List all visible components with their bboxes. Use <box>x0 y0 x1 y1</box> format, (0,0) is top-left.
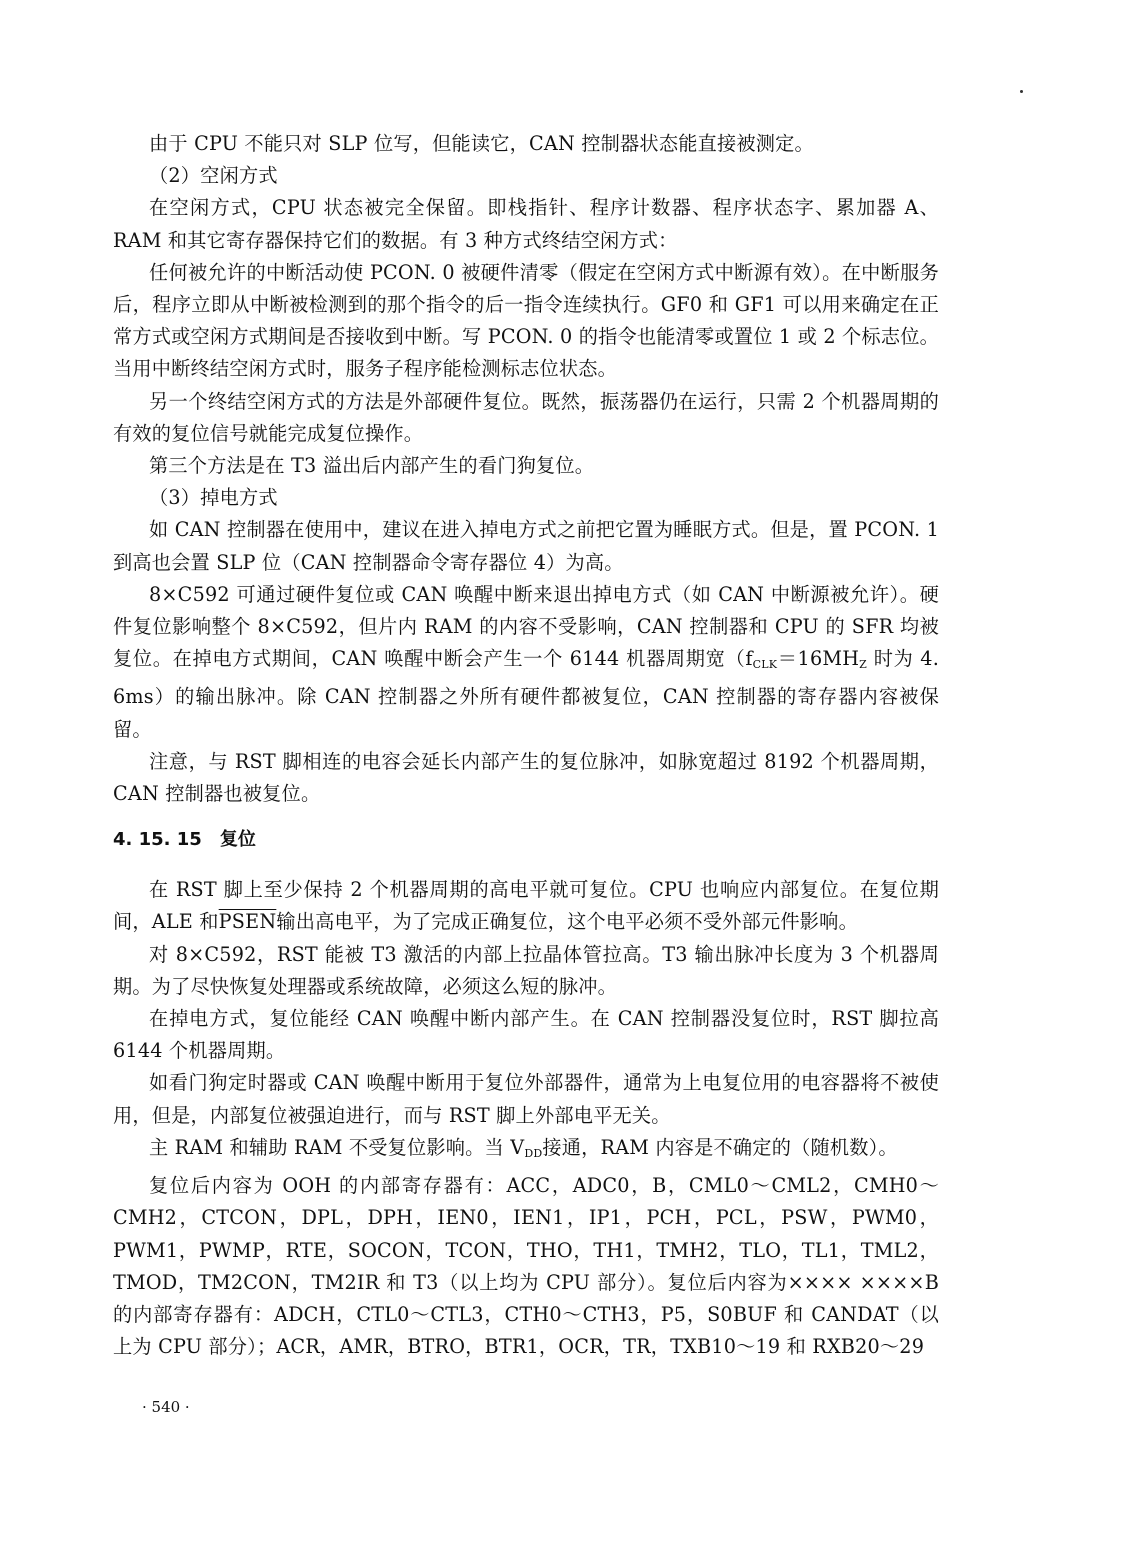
section-heading: 4. 15. 15复位 <box>113 824 939 856</box>
page-number: · 540 · <box>142 1398 190 1416</box>
scan-speck <box>1020 90 1023 93</box>
text-segment: ＝16MH <box>777 647 859 670</box>
paragraph-hardware-reset-exit: 另一个终结空闲方式的方法是外部硬件复位。既然，振荡器仍在运行，只需 2 个机器周… <box>113 386 939 450</box>
subheading-power-down-mode: （3）掉电方式 <box>113 482 939 514</box>
subscript-clk: CLK <box>753 658 778 671</box>
paragraph-power-down-exit: 8×C592 可通过硬件复位或 CAN 唤醒中断来退出掉电方式（如 CAN 中断… <box>113 579 939 746</box>
section-number: 4. 15. 15 <box>113 829 202 850</box>
paragraph-reset-power-down: 在掉电方式，复位能经 CAN 唤醒中断内部产生。在 CAN 控制器没复位时，RS… <box>113 1003 939 1067</box>
text-segment: 输出高电平，为了完成正确复位，这个电平必须不受外部元件影响。 <box>276 910 858 933</box>
paragraph-power-down-sleep: 如 CAN 控制器在使用中，建议在进入掉电方式之前把它置为睡眠方式。但是，置 P… <box>113 514 939 578</box>
text-segment: 主 RAM 和辅助 RAM 不受复位影响。当 V <box>149 1136 524 1159</box>
subheading-idle-mode: （2）空闲方式 <box>113 160 939 192</box>
paragraph-reset-register-values: 复位后内容为 OOH 的内部寄存器有：ACC，ADC0，B，CML0～CML2，… <box>113 1170 939 1363</box>
paragraph-interrupt-exit: 任何被允许的中断活动使 PCON. 0 被硬件清零（假定在空闲方式中断源有效）。… <box>113 257 939 386</box>
subscript-z: Z <box>859 658 867 671</box>
paragraph-rst-capacitor-note: 注意，与 RST 脚相连的电容会延长内部产生的复位脉冲，如脉宽超过 8192 个… <box>113 746 939 810</box>
section-title: 复位 <box>220 829 256 850</box>
paragraph-slp-status: 由于 CPU 不能只对 SLP 位写，但能读它，CAN 控制器状态能直接被测定。 <box>113 128 939 160</box>
paragraph-idle-mode: 在空闲方式，CPU 状态被完全保留。即栈指针、程序计数器、程序状态字、累加器 A… <box>113 192 939 256</box>
paragraph-watchdog-exit: 第三个方法是在 T3 溢出后内部产生的看门狗复位。 <box>113 450 939 482</box>
paragraph-reset-rst-pin: 在 RST 脚上至少保持 2 个机器周期的高电平就可复位。CPU 也响应内部复位… <box>113 874 939 938</box>
paragraph-reset-t3-pullup: 对 8×C592，RST 能被 T3 激活的内部上拉晶体管拉高。T3 输出脉冲长… <box>113 939 939 1003</box>
text-segment: 接通，RAM 内容是不确定的（随机数）。 <box>542 1136 897 1159</box>
paragraph-reset-watchdog-external: 如看门狗定时器或 CAN 唤醒中断用于复位外部器件，通常为上电复位用的电容器将不… <box>113 1067 939 1131</box>
psen-signal-overline: PSEN <box>219 910 277 933</box>
subscript-dd: DD <box>524 1147 542 1160</box>
document-page: 由于 CPU 不能只对 SLP 位写，但能读它，CAN 控制器状态能直接被测定。… <box>113 128 939 1363</box>
paragraph-reset-ram: 主 RAM 和辅助 RAM 不受复位影响。当 VDD接通，RAM 内容是不确定的… <box>113 1132 939 1170</box>
